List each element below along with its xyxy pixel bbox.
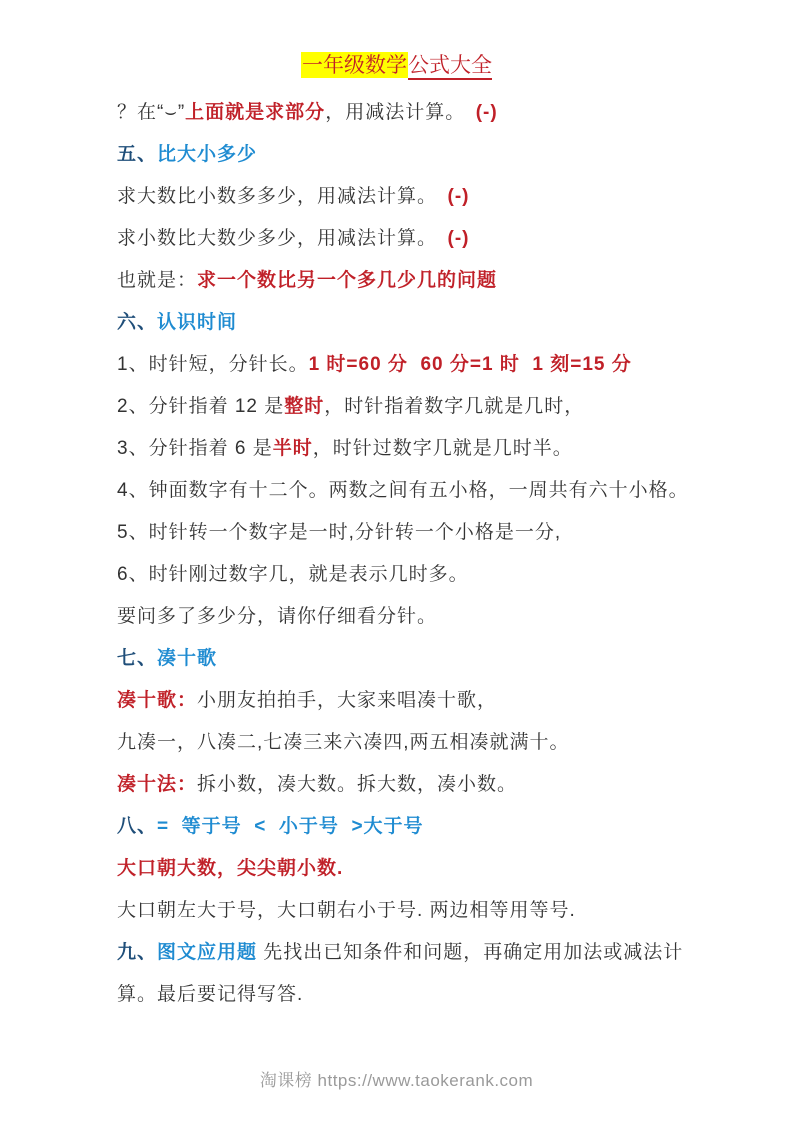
- content-lines: ？在“⌣”上面就是求部分，用减法计算。 (-)五、比大小多少求大数比小数多多少，…: [117, 92, 689, 1016]
- text-segment: 比大小多少: [157, 144, 257, 165]
- paragraph-line: 九、图文应用题 先找出已知条件和问题，再确定用加法或减法计算。最后要记得写答.: [117, 932, 689, 1016]
- page-title: 一年级数学公式大全: [0, 50, 793, 84]
- text-segment: 大口朝大数，尖尖朝小数.: [117, 858, 343, 879]
- paragraph-line: 1、时针短，分针长。1 时=60 分 60 分=1 时 1 刻=15 分: [117, 344, 689, 386]
- paragraph-line: 也就是：求一个数比另一个多几少几的问题: [117, 260, 689, 302]
- text-segment: 小朋友拍拍手，大家来唱凑十歌，: [197, 690, 497, 711]
- text-segment: 先找出已知条件和问题，再确定用加法或减法计: [257, 942, 683, 963]
- text-segment: 半时: [273, 438, 313, 459]
- text-segment: 1 时=60 分 60 分=1 时 1 刻=15 分: [309, 354, 632, 375]
- text-segment: (-): [476, 102, 498, 123]
- text-segment: 五、: [117, 144, 157, 165]
- text-segment: ？在“⌣”: [117, 102, 185, 123]
- text-segment: 6、时针刚过数字几，就是表示几时多。: [117, 564, 469, 585]
- paragraph-line: 5、时针转一个数字是一时,分针转一个小格是一分,: [117, 512, 689, 554]
- paragraph-line: 要问多了多少分，请你仔细看分针。: [117, 596, 689, 638]
- paragraph-line: ？在“⌣”上面就是求部分，用减法计算。 (-): [117, 92, 689, 134]
- text-segment: 拆小数，凑大数。拆大数，凑小数。: [197, 774, 517, 795]
- text-segment: 整时: [284, 396, 324, 417]
- text-segment: 凑十歌: [157, 648, 217, 669]
- text-segment: 1、时针短，分针长。: [117, 354, 309, 375]
- text-segment: 九、: [117, 942, 157, 963]
- document-page: 一年级数学公式大全 ？在“⌣”上面就是求部分，用减法计算。 (-)五、比大小多少…: [0, 0, 793, 1122]
- paragraph-line: 求小数比大数少多少，用减法计算。 (-): [117, 218, 689, 260]
- text-segment: 5、时针转一个数字是一时,分针转一个小格是一分,: [117, 522, 561, 543]
- text-segment: 算。最后要记得写答.: [117, 984, 303, 1005]
- text-segment: 图文应用题: [157, 942, 257, 963]
- paragraph-line: 大口朝大数，尖尖朝小数.: [117, 848, 689, 890]
- text-segment: 2、分针指着 12 是: [117, 396, 284, 417]
- text-segment: (-): [448, 228, 470, 249]
- paragraph-line: 八、= 等于号 < 小于号 >大于号: [117, 806, 689, 848]
- text-segment: 也就是：: [117, 270, 197, 291]
- text-segment: 认识时间: [157, 312, 237, 333]
- paragraph-line: 凑十法：拆小数，凑大数。拆大数，凑小数。: [117, 764, 689, 806]
- text-segment: 六、: [117, 312, 157, 333]
- page-title-highlighted-part: 一年级数学: [301, 52, 408, 78]
- text-segment: 上面就是求部分: [185, 102, 325, 123]
- text-segment: (-): [448, 186, 470, 207]
- text-segment: = 等于号 < 小于号 >大于号: [157, 816, 424, 837]
- paragraph-line: 凑十歌：小朋友拍拍手，大家来唱凑十歌，: [117, 680, 689, 722]
- paragraph-line: 七、凑十歌: [117, 638, 689, 680]
- paragraph-line: 2、分针指着 12 是整时，时针指着数字几就是几时，: [117, 386, 689, 428]
- paragraph-line: 九凑一，八凑二,七凑三来六凑四,两五相凑就满十。: [117, 722, 689, 764]
- text-segment: 八、: [117, 816, 157, 837]
- text-segment: ，用减法计算。: [325, 102, 476, 123]
- text-segment: ，时针指着数字几就是几时，: [324, 396, 584, 417]
- text-segment: 要问多了多少分，请你仔细看分针。: [117, 606, 437, 627]
- paragraph-line: 3、分针指着 6 是半时，时针过数字几就是几时半。: [117, 428, 689, 470]
- text-segment: 大口朝左大于号，大口朝右小于号. 两边相等用等号.: [117, 900, 576, 921]
- text-segment: 求一个数比另一个多几少几的问题: [197, 270, 497, 291]
- paragraph-line: 大口朝左大于号，大口朝右小于号. 两边相等用等号.: [117, 890, 689, 932]
- text-segment: 凑十法：: [117, 774, 197, 795]
- text-segment: ，时针过数字几就是几时半。: [313, 438, 573, 459]
- page-title-underlined-part: 公式大全: [408, 54, 492, 80]
- text-segment: 4、钟面数字有十二个。两数之间有五小格，一周共有六十小格。: [117, 480, 689, 501]
- paragraph-line: 五、比大小多少: [117, 134, 689, 176]
- paragraph-line: 4、钟面数字有十二个。两数之间有五小格，一周共有六十小格。: [117, 470, 689, 512]
- paragraph-line: 求大数比小数多多少，用减法计算。 (-): [117, 176, 689, 218]
- text-segment: 九凑一，八凑二,七凑三来六凑四,两五相凑就满十。: [117, 732, 570, 753]
- text-segment: 七、: [117, 648, 157, 669]
- paragraph-line: 六、认识时间: [117, 302, 689, 344]
- text-segment: 求大数比小数多多少，用减法计算。: [117, 186, 448, 207]
- footer-watermark: 淘课榜 https://www.taokerank.com: [0, 1066, 793, 1091]
- text-segment: 凑十歌：: [117, 690, 197, 711]
- paragraph-line: 6、时针刚过数字几，就是表示几时多。: [117, 554, 689, 596]
- text-segment: 3、分针指着 6 是: [117, 438, 273, 459]
- text-segment: 求小数比大数少多少，用减法计算。: [117, 228, 448, 249]
